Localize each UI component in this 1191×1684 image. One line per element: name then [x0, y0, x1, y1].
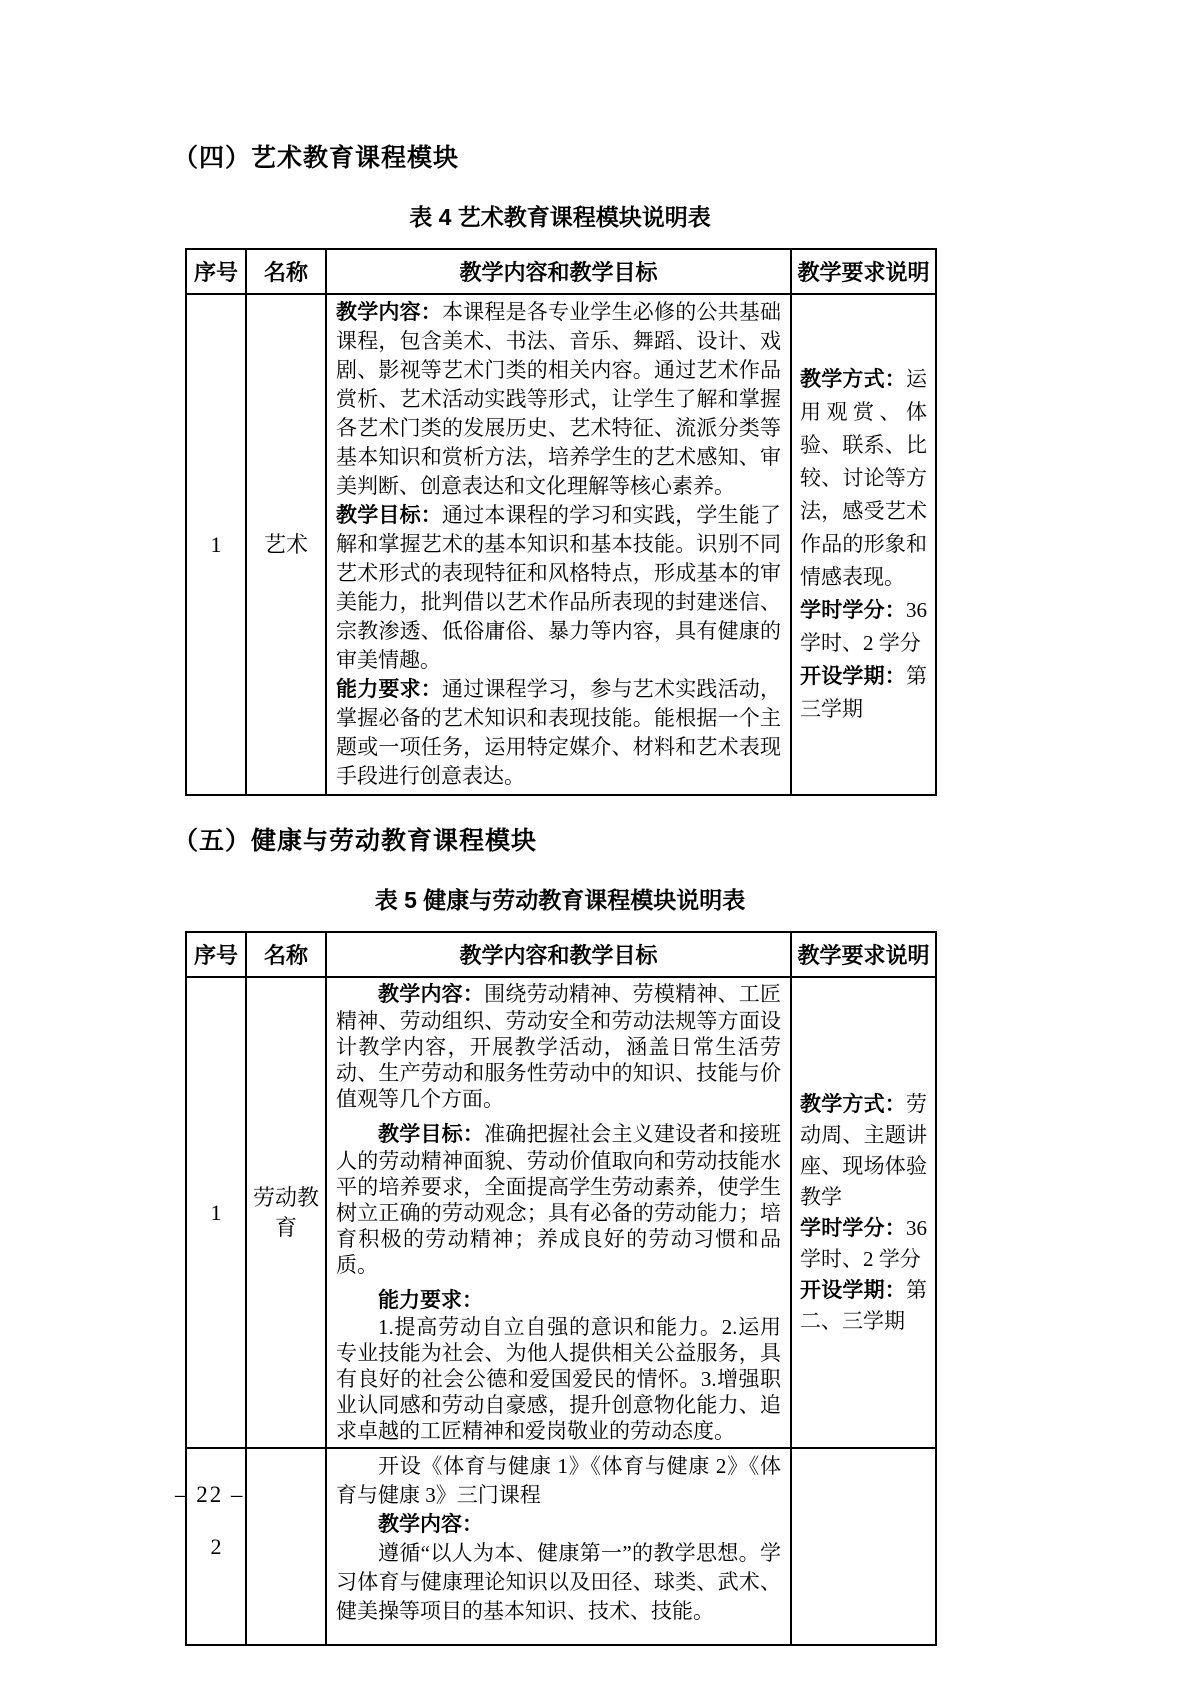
table-5-header-name: 名称: [246, 932, 326, 977]
table-5-row-1-no: 1: [186, 977, 246, 1448]
teaching-content-text: 遵循“以人为本、健康第一”的教学思想。学习体育与健康理论知识以及田径、球类、武术…: [336, 1541, 781, 1623]
page-number: – 22 –: [175, 1482, 245, 1508]
table-5-row-1-req: 教学方式：劳动周、主题讲座、现场体验教学 学时学分：36 学时、2 学分 开设学…: [791, 977, 936, 1448]
teaching-goal-label: 教学目标：: [378, 1123, 484, 1146]
credit-hours-paragraph: 学时学分：36 学时、2 学分: [800, 594, 927, 660]
teaching-goal-label: 教学目标：: [336, 504, 442, 527]
semester-label: 开设学期：: [800, 1279, 906, 1302]
teaching-goal-text: 通过本课程的学习和实践，学生能了解和掌握艺术的基本知识和基本技能。识别不同艺术形…: [336, 503, 781, 672]
teaching-method-label: 教学方式：: [800, 368, 906, 391]
ability-requirement-text: 1.提高劳动自立自强的意识和能力。2.运用专业技能为社会、为他人提供相关公益服务…: [336, 1315, 781, 1443]
table-5-row-1-name: 劳动教育: [246, 977, 326, 1448]
semester-paragraph: 开设学期：第二、三学期: [800, 1275, 927, 1337]
credit-hours-label: 学时学分：: [800, 1217, 906, 1240]
table-4-row-1-no: 1: [186, 294, 246, 795]
document-page: （四）艺术教育课程模块 表 4 艺术教育课程模块说明表 序号 名称 教学内容和教…: [0, 0, 1191, 1684]
table-5-row-2-no: 2: [186, 1448, 246, 1645]
section-4-heading: （四）艺术教育课程模块: [173, 141, 935, 175]
table-4-header-content: 教学内容和教学目标: [326, 249, 791, 294]
table-4: 序号 名称 教学内容和教学目标 教学要求说明 1 艺术 教学内容：本课程是各专业…: [185, 248, 937, 796]
ability-requirement-label-line: 能力要求：: [336, 1287, 781, 1314]
table-5-title: 表 5 健康与劳动教育课程模块说明表: [185, 882, 935, 915]
table-5-row-2-req: [791, 1448, 936, 1645]
teaching-method-paragraph: 教学方式：劳动周、主题讲座、现场体验教学: [800, 1089, 927, 1213]
table-4-row-1-name: 艺术: [246, 294, 326, 795]
teaching-content-label: 教学内容：: [378, 1513, 483, 1536]
table-4-header-no: 序号: [186, 249, 246, 294]
table-4-row-1-req: 教学方式：运用观赏、体验、联系、比较、讨论等方法，感受艺术作品的形象和情感表现。…: [791, 294, 936, 795]
teaching-method-label: 教学方式：: [800, 1093, 906, 1116]
table-5-row-2-content: 开设《体育与健康 1》《体育与健康 2》《体育与健康 3》三门课程 教学内容： …: [326, 1448, 791, 1645]
table-5-header-no: 序号: [186, 932, 246, 977]
teaching-content-label-line: 教学内容：: [336, 1510, 781, 1539]
teaching-content-label: 教学内容：: [336, 301, 442, 324]
course-list-paragraph: 开设《体育与健康 1》《体育与健康 2》《体育与健康 3》三门课程: [336, 1452, 781, 1510]
teaching-goal-paragraph: 教学目标：准确把握社会主义建设者和接班人的劳动精神面貌、劳动价值取向和劳动技能水…: [336, 1121, 781, 1278]
ability-requirement-label: 能力要求：: [378, 1289, 483, 1312]
ability-requirement-paragraph: 能力要求：通过课程学习，参与艺术实践活动，掌握必备的艺术知识和表现技能。能根据一…: [336, 675, 781, 791]
table-5-header-req: 教学要求说明: [791, 932, 936, 977]
teaching-method-paragraph: 教学方式：运用观赏、体验、联系、比较、讨论等方法，感受艺术作品的形象和情感表现。: [800, 363, 927, 594]
course-list-text: 开设《体育与健康 1》《体育与健康 2》《体育与健康 3》三门课程: [336, 1454, 781, 1507]
table-5-header-row: 序号 名称 教学内容和教学目标 教学要求说明: [186, 932, 936, 977]
table-5-row-1: 1 劳动教育 教学内容：围绕劳动精神、劳模精神、工匠精神、劳动组织、劳动安全和劳…: [186, 977, 936, 1448]
table-5: 序号 名称 教学内容和教学目标 教学要求说明 1 劳动教育 教学内容：围绕劳动精…: [185, 931, 937, 1646]
page-content: （四）艺术教育课程模块 表 4 艺术教育课程模块说明表 序号 名称 教学内容和教…: [185, 141, 935, 1646]
teaching-content-paragraph: 教学内容：围绕劳动精神、劳模精神、工匠精神、劳动组织、劳动安全和劳动法规等方面设…: [336, 981, 781, 1112]
credit-hours-label: 学时学分：: [800, 599, 906, 622]
teaching-method-text: 运用观赏、体验、联系、比较、讨论等方法，感受艺术作品的形象和情感表现。: [800, 367, 927, 589]
section-5-heading: （五）健康与劳动教育课程模块: [173, 824, 935, 858]
table-4-header-row: 序号 名称 教学内容和教学目标 教学要求说明: [186, 249, 936, 294]
table-4-header-req: 教学要求说明: [791, 249, 936, 294]
teaching-content-paragraph: 教学内容：本课程是各专业学生必修的公共基础课程，包含美术、书法、音乐、舞蹈、设计…: [336, 298, 781, 501]
credit-hours-paragraph: 学时学分：36 学时、2 学分: [800, 1213, 927, 1275]
table-4-row-1: 1 艺术 教学内容：本课程是各专业学生必修的公共基础课程，包含美术、书法、音乐、…: [186, 294, 936, 795]
teaching-content-text: 本课程是各专业学生必修的公共基础课程，包含美术、书法、音乐、舞蹈、设计、戏剧、影…: [336, 300, 781, 498]
table-5-row-2-name: [246, 1448, 326, 1645]
semester-paragraph: 开设学期：第三学期: [800, 660, 927, 726]
teaching-content-text-paragraph: 遵循“以人为本、健康第一”的教学思想。学习体育与健康理论知识以及田径、球类、武术…: [336, 1539, 781, 1626]
ability-requirement-text-paragraph: 1.提高劳动自立自强的意识和能力。2.运用专业技能为社会、为他人提供相关公益服务…: [336, 1314, 781, 1444]
table-4-header-name: 名称: [246, 249, 326, 294]
table-4-row-1-content: 教学内容：本课程是各专业学生必修的公共基础课程，包含美术、书法、音乐、舞蹈、设计…: [326, 294, 791, 795]
table-5-row-2: 2 开设《体育与健康 1》《体育与健康 2》《体育与健康 3》三门课程 教学内容…: [186, 1448, 936, 1645]
ability-requirement-label: 能力要求：: [336, 678, 442, 701]
table-5-header-content: 教学内容和教学目标: [326, 932, 791, 977]
teaching-content-label: 教学内容：: [378, 983, 484, 1006]
table-4-title: 表 4 艺术教育课程模块说明表: [185, 199, 935, 232]
table-5-row-1-content: 教学内容：围绕劳动精神、劳模精神、工匠精神、劳动组织、劳动安全和劳动法规等方面设…: [326, 977, 791, 1448]
semester-label: 开设学期：: [800, 665, 906, 688]
teaching-goal-paragraph: 教学目标：通过本课程的学习和实践，学生能了解和掌握艺术的基本知识和基本技能。识别…: [336, 501, 781, 675]
